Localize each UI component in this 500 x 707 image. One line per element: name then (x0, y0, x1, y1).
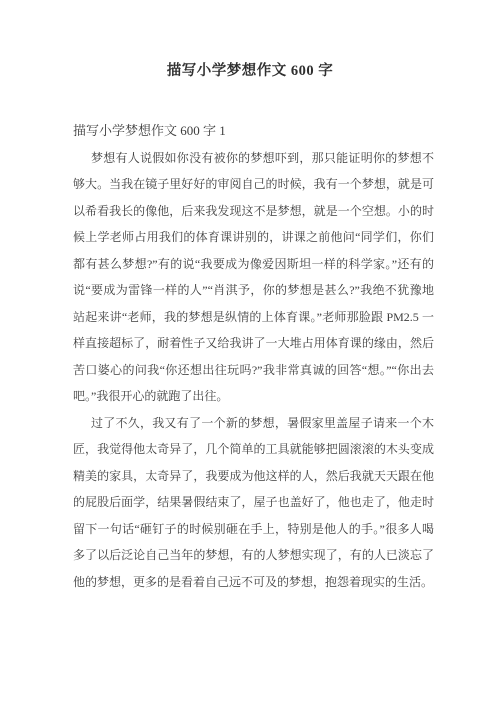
essay-body: 梦想有人说假如你没有被你的梦想吓到，那只能证明你的梦想不够大。当我在镜子里好好的… (73, 145, 434, 596)
essay-paragraph-2: 过了不久，我又有了一个新的梦想，暑假家里盖屋子请来一个木匠，我觉得他太奇异了，几… (73, 410, 434, 596)
document-page: 描写小学梦想作文 600 字 描写小学梦想作文 600 字 1 梦想有人说假如你… (0, 0, 500, 707)
document-content: 描写小学梦想作文 600 字 1 梦想有人说假如你没有被你的梦想吓到，那只能证明… (73, 118, 434, 595)
document-title: 描写小学梦想作文 600 字 (0, 0, 500, 82)
section-heading: 描写小学梦想作文 600 字 1 (73, 118, 434, 145)
essay-paragraph-1: 梦想有人说假如你没有被你的梦想吓到，那只能证明你的梦想不够大。当我在镜子里好好的… (73, 145, 434, 410)
